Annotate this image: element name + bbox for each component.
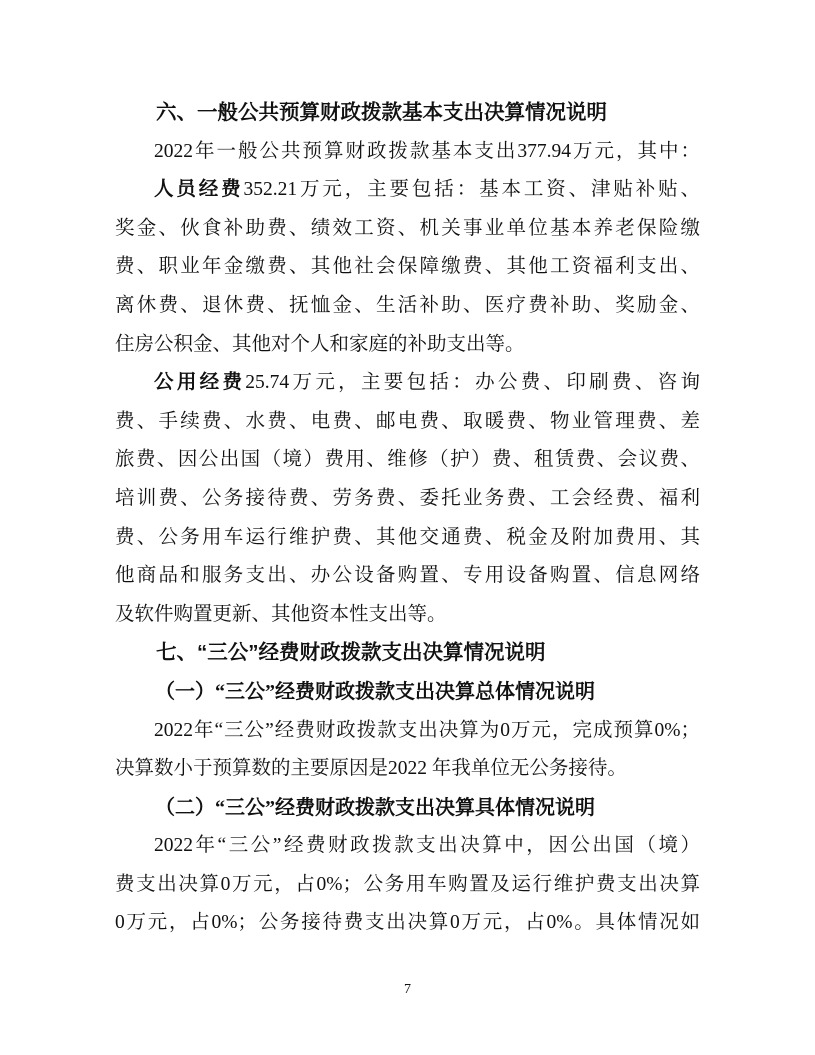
- personnel-funds-lead: 人员经费: [154, 179, 244, 200]
- subsection-two-line: 2022年“三公”经费财政拨款支出决算中，因公出国（境）: [115, 827, 700, 866]
- public-funds-line: 旅费、因公出国（境）费用、维修（护）费、租赁费、会议费、: [115, 441, 700, 480]
- public-funds-lines: 费、手续费、水费、电费、邮电费、取暖费、物业管理费、差旅费、因公出国（境）费用、…: [115, 403, 700, 635]
- subsection-two-line: 0万元，占0%；公务接待费支出决算0万元，占0%。具体情况如: [115, 904, 700, 943]
- public-funds-first-line: 公用经费25.74万元，主要包括：办公费、印刷费、咨询: [115, 364, 700, 403]
- document-page: 六、一般公共预算财政拨款基本支出决算情况说明 2022年一般公共预算财政拨款基本…: [0, 0, 815, 1055]
- page-number: 7: [0, 982, 815, 998]
- subsection-one-heading: （一）“三公”经费财政拨款支出决算总体情况说明: [115, 673, 700, 712]
- subsection-two-line: 费支出决算0万元，占0%；公务用车购置及运行维护费支出决算: [115, 866, 700, 905]
- public-funds-lead: 公用经费: [154, 372, 245, 393]
- section-six-heading: 六、一般公共预算财政拨款基本支出决算情况说明: [115, 94, 700, 133]
- personnel-funds-line: 奖金、伙食补助费、绩效工资、机关事业单位基本养老保险缴: [115, 210, 700, 249]
- personnel-funds-lines: 奖金、伙食补助费、绩效工资、机关事业单位基本养老保险缴费、职业年金缴费、其他社会…: [115, 210, 700, 364]
- personnel-funds-paragraph: 人员经费352.21万元，主要包括：基本工资、津贴补贴、 奖金、伙食补助费、绩效…: [115, 171, 700, 364]
- personnel-funds-line: 离休费、退休费、抚恤金、生活补助、医疗费补助、奖励金、: [115, 287, 700, 326]
- subsection-one-line: 2022年“三公”经费财政拨款支出决算为0万元，完成预算0%；: [115, 712, 700, 751]
- public-funds-first-rest: 25.74万元，主要包括：办公费、印刷费、咨询: [245, 372, 700, 393]
- public-funds-line: 费、公务用车运行维护费、其他交通费、税金及附加费用、其: [115, 519, 700, 558]
- subsection-two-heading: （二）“三公”经费财政拨款支出决算具体情况说明: [115, 789, 700, 828]
- public-funds-line: 费、手续费、水费、电费、邮电费、取暖费、物业管理费、差: [115, 403, 700, 442]
- personnel-funds-line: 住房公积金、其他对个人和家庭的补助支出等。: [115, 326, 700, 365]
- personnel-funds-line: 费、职业年金缴费、其他社会保障缴费、其他工资福利支出、: [115, 248, 700, 287]
- public-funds-paragraph: 公用经费25.74万元，主要包括：办公费、印刷费、咨询 费、手续费、水费、电费、…: [115, 364, 700, 634]
- section-seven-heading: 七、“三公”经费财政拨款支出决算情况说明: [115, 634, 700, 673]
- page-content: 六、一般公共预算财政拨款基本支出决算情况说明 2022年一般公共预算财政拨款基本…: [115, 94, 700, 943]
- public-funds-line: 他商品和服务支出、办公设备购置、专用设备购置、信息网络: [115, 557, 700, 596]
- subsection-two-lines: 2022年“三公”经费财政拨款支出决算中，因公出国（境）费支出决算0万元，占0%…: [115, 827, 700, 943]
- public-funds-line: 及软件购置更新、其他资本性支出等。: [115, 596, 700, 635]
- public-funds-line: 培训费、公务接待费、劳务费、委托业务费、工会经费、福利: [115, 480, 700, 519]
- personnel-funds-first-line: 人员经费352.21万元，主要包括：基本工资、津贴补贴、: [115, 171, 700, 210]
- subsection-one-line: 决算数小于预算数的主要原因是2022 年我单位无公务接待。: [115, 750, 700, 789]
- subsection-one-lines: 2022年“三公”经费财政拨款支出决算为0万元，完成预算0%；决算数小于预算数的…: [115, 712, 700, 789]
- section-six-intro-line: 2022年一般公共预算财政拨款基本支出377.94万元，其中：: [115, 133, 700, 172]
- personnel-funds-first-rest: 352.21万元，主要包括：基本工资、津贴补贴、: [244, 179, 700, 200]
